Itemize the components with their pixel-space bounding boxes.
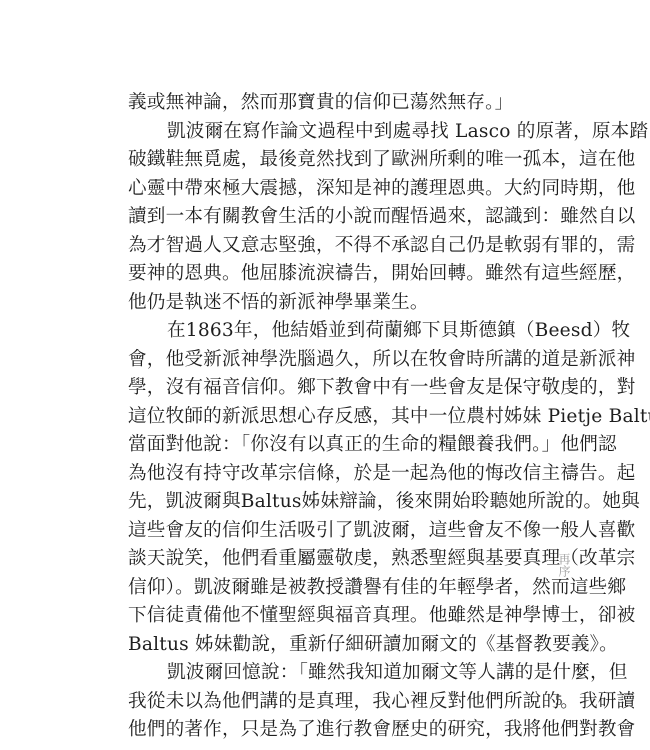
text-line: 信仰）。凱波爾雖是被教授讚譽有佳的年輕學者，然而這些鄉 xyxy=(128,574,522,603)
text-line: 先，凱波爾與Baltus姊妹辯論，後來開始聆聽她所說的。她與 xyxy=(128,488,522,517)
section-side-tab: 再序 xyxy=(557,553,571,577)
book-page: 義或無神論，然而那寶貴的信仰已蕩然無存。」 凱波爾在寫作論文過程中到處尋找 La… xyxy=(0,0,650,750)
paragraph-lasco-discovery: 凱波爾在寫作論文過程中到處尋找 Lasco 的原著，原本踏 破鐵鞋無覓處，最後竟… xyxy=(128,118,522,318)
text-line: 他們的著作，只是為了進行教會歷史的研究，我將他們對教會 xyxy=(128,716,522,745)
text-line: 心靈中帶來極大震撼，深知是神的護理恩典。大約同時期，他 xyxy=(128,175,522,204)
paragraph-kuyper-recollection: 凱波爾回憶說：「雖然我知道加爾文等人講的是什麼，但 我從未以為他們講的是真理，我… xyxy=(128,659,522,745)
text-line: 為才智過人又意志堅強，不得不承認自己仍是軟弱有罪的，需 xyxy=(128,232,522,261)
text-line: 為他沒有持守改革宗信條，於是一起為他的悔改信主禱告。起 xyxy=(128,460,522,489)
text-line: 這些會友的信仰生活吸引了凱波爾，這些會友不像一般人喜歡 xyxy=(128,517,522,546)
text-line: 這位牧師的新派思想心存反感，其中一位農村姊妹 Pietje Baltus xyxy=(128,403,522,432)
text-line: 下信徒責備他不懂聖經與福音真理。他雖然是神學博士，卻被 xyxy=(128,602,522,631)
text-line: 學，沒有福音信仰。鄉下教會中有一些會友是保守敬虔的，對 xyxy=(128,374,522,403)
text-line: 當面對他說：「你沒有以真正的生命的糧餵養我們。」他們認 xyxy=(128,431,522,460)
text-line: 要神的恩典。他屈膝流淚禱告，開始回轉。雖然有這些經歷， xyxy=(128,260,522,289)
paragraph-continuation: 義或無神論，然而那寶貴的信仰已蕩然無存。」 xyxy=(128,89,522,118)
text-line: 他仍是執迷不悟的新派神學畢業生。 xyxy=(128,289,522,318)
text-line: 義或無神論，然而那寶貴的信仰已蕩然無存。」 xyxy=(128,89,522,118)
text-line: 讀到一本有關教會生活的小說而醒悟過來，認識到：雖然自以 xyxy=(128,203,522,232)
text-line: 談天說笑，他們看重屬靈敬虔，熟悉聖經與基要真理（改革宗 xyxy=(128,545,522,574)
body-text: 義或無神論，然而那寶貴的信仰已蕩然無存。」 凱波爾在寫作論文過程中到處尋找 La… xyxy=(128,89,522,745)
text-line: 凱波爾在寫作論文過程中到處尋找 Lasco 的原著，原本踏 xyxy=(128,118,522,147)
text-line: 破鐵鞋無覓處，最後竟然找到了歐洲所剩的唯一孤本，這在他 xyxy=(128,146,522,175)
text-line: 會，他受新派神學洗腦過久，所以在牧會時所講的道是新派神 xyxy=(128,346,522,375)
text-line: Baltus 姊妹勸說，重新仔細研讀加爾文的《基督教要義》。 xyxy=(128,631,522,660)
text-line: 凱波爾回憶說：「雖然我知道加爾文等人講的是什麼，但 xyxy=(128,659,522,688)
paragraph-beesd-ministry: 在1863年，他結婚並到荷蘭鄉下貝斯德鎮（Beesd）牧 會，他受新派神學洗腦過… xyxy=(128,317,522,659)
page-number: 5 xyxy=(555,693,563,710)
text-line: 在1863年，他結婚並到荷蘭鄉下貝斯德鎮（Beesd）牧 xyxy=(128,317,522,346)
text-line: 我從未以為他們講的是真理，我心裡反對他們所說的。我研讀 xyxy=(128,688,522,717)
